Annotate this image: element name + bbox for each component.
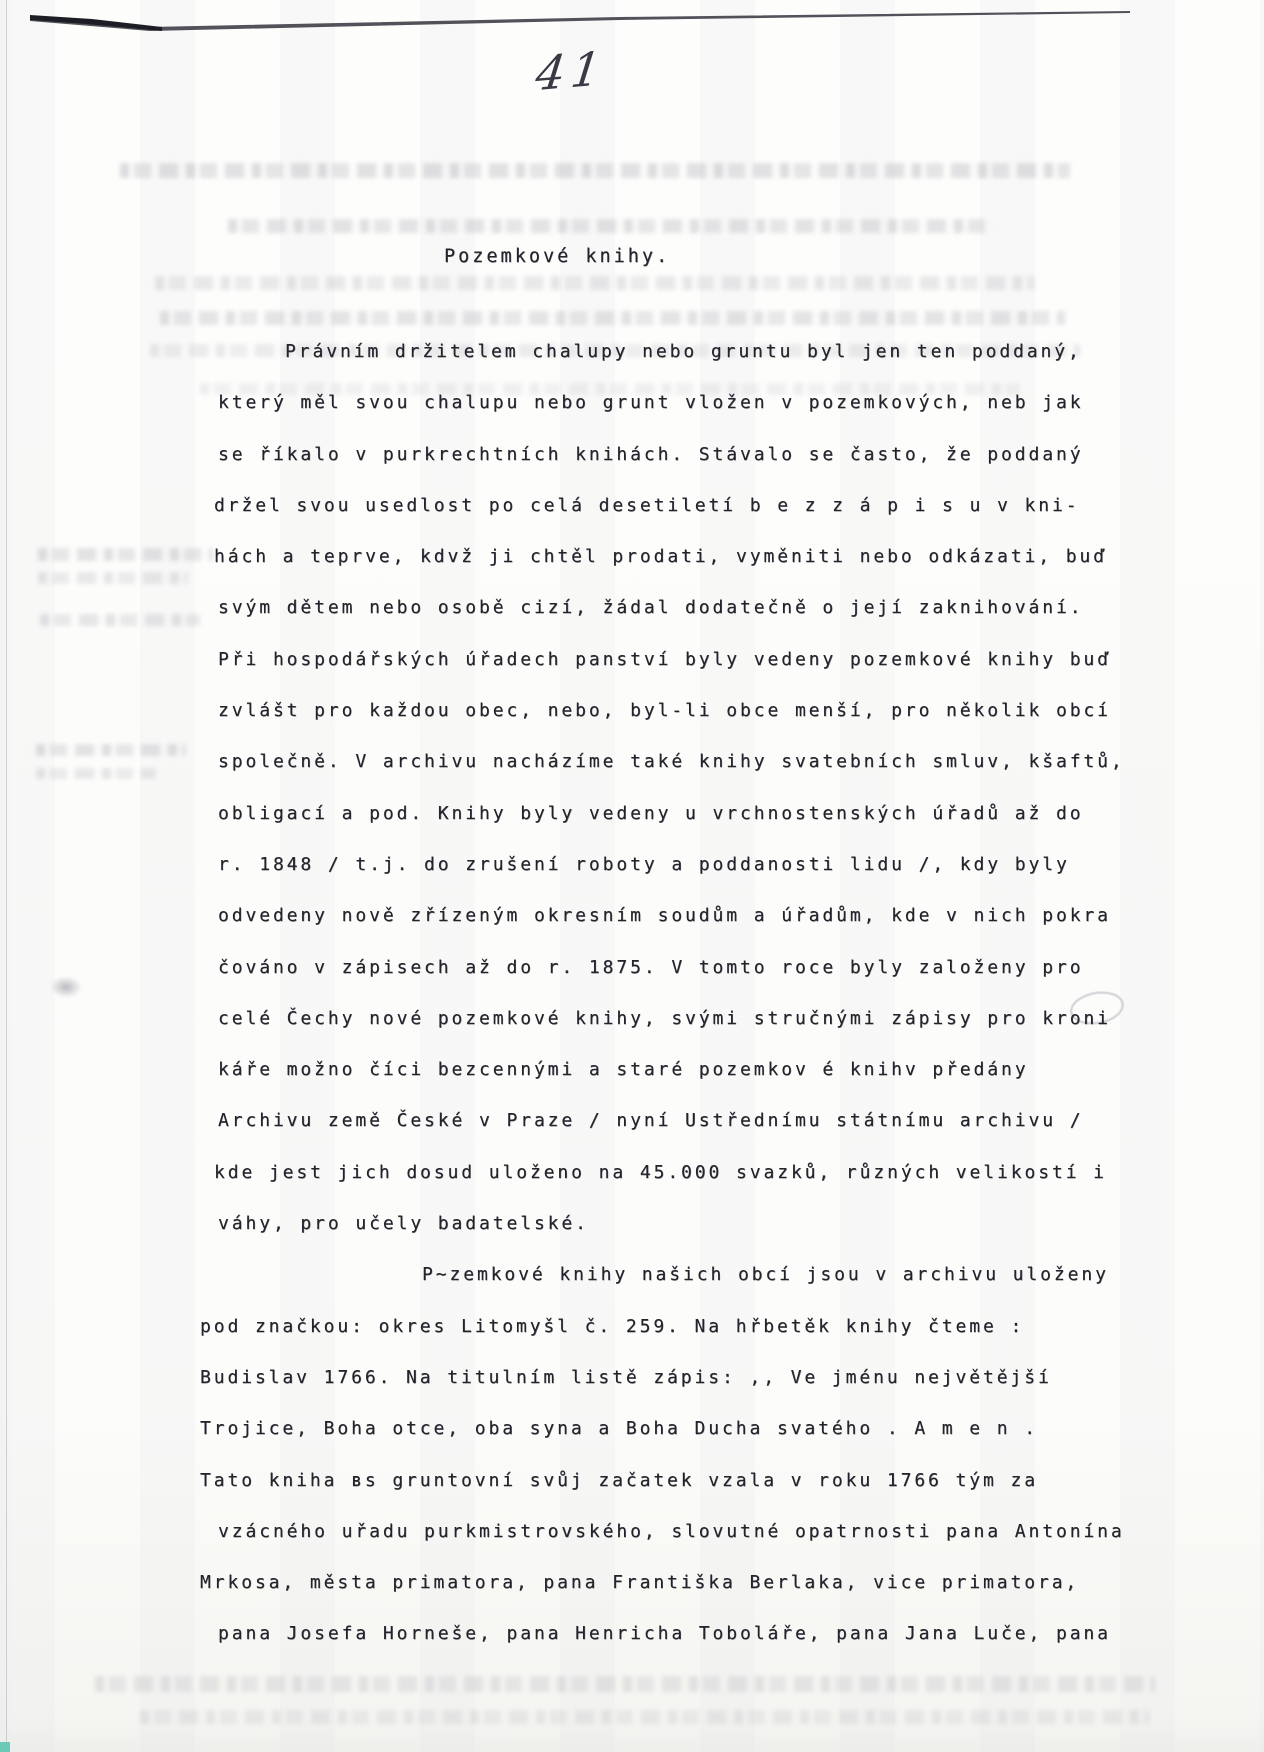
document-title: Pozemkové knihy. <box>444 246 670 267</box>
document-body: Právním držitelem chalupy nebo gruntu by… <box>200 326 1160 1660</box>
scan-edge-left-line <box>6 0 7 1752</box>
text-line: který měl svou chalupu nebo grunt vložen… <box>200 377 1160 428</box>
bleedthrough-line <box>228 219 993 233</box>
text-line: společně. V archivu nacházíme také knihy… <box>200 736 1160 787</box>
scan-artifact-top-edge <box>0 0 1264 44</box>
text-line: držel svou usedlost po celá desetiletí b… <box>200 480 1160 531</box>
text-line: vzácného uřadu purkmistrovského, slovutn… <box>200 1506 1160 1557</box>
text-line: se říkalo v purkrechtních knihách. Stáva… <box>200 429 1160 480</box>
text-line: hách a teprve, kdvž ji chtěl prodati, vy… <box>200 531 1160 582</box>
text-line: pana Josefa Horneše, pana Henricha Tobol… <box>200 1608 1160 1659</box>
bleedthrough-fragment <box>38 572 188 584</box>
text-line: kde jest jich dosud uloženo na 45.000 sv… <box>200 1147 1160 1198</box>
text-line: celé Čechy nové pozemkové knihy, svými s… <box>200 993 1160 1044</box>
text-line: P~zemkové knihy našich obcí jsou v archi… <box>200 1249 1160 1300</box>
bleedthrough-line <box>160 311 1065 325</box>
ink-smudge <box>50 976 82 998</box>
handwritten-page-number: 41 <box>533 41 610 102</box>
scanned-document-page: 41 Pozemkové knihy. Právním držitelem ch… <box>0 0 1264 1752</box>
text-line: Mrkosa, města primatora, pana Františka … <box>200 1557 1160 1608</box>
bleedthrough-fragment <box>40 614 200 626</box>
text-line: Archivu země České v Praze / nyní Ustřed… <box>200 1095 1160 1146</box>
bleedthrough-fragment <box>38 548 213 561</box>
text-line: r. 1848 / t.j. do zrušení roboty a podda… <box>200 839 1160 890</box>
text-line: čováno v zápisech až do r. 1875. V tomto… <box>200 942 1160 993</box>
text-line: pod značkou: okres Litomyšl č. 259. Na h… <box>200 1301 1160 1352</box>
text-line: káře možno číci bezcennými a staré pozem… <box>200 1044 1160 1095</box>
text-line: Trojice, Boha otce, oba syna a Boha Duch… <box>200 1403 1160 1454</box>
bleedthrough-line <box>155 276 1035 290</box>
text-line: Právním držitelem chalupy nebo gruntu by… <box>200 326 1160 377</box>
text-line: váhy, pro učely badatelské. <box>200 1198 1160 1249</box>
scan-corner-color-mark <box>0 1742 10 1752</box>
text-line: Tato kniha ʙs gruntovní svůj začatek vza… <box>200 1455 1160 1506</box>
bleedthrough-fragment <box>36 744 186 756</box>
text-line: zvlášt pro každou obec, nebo, byl-li obc… <box>200 685 1160 736</box>
text-line: odvedeny nově zřízeným okresním soudům a… <box>200 890 1160 941</box>
bleedthrough-line <box>120 163 1070 178</box>
bleedthrough-line <box>95 1676 1155 1692</box>
bleedthrough-line <box>140 1710 1150 1724</box>
text-line: Při hospodářských úřadech panství byly v… <box>200 634 1160 685</box>
text-line: obligací a pod. Knihy byly vedeny u vrch… <box>200 788 1160 839</box>
text-line: svým dětem nebo osobě cizí, žádal dodate… <box>200 582 1160 633</box>
text-line: Budislav 1766. Na titulním listě zápis: … <box>200 1352 1160 1403</box>
bleedthrough-fragment <box>36 768 156 779</box>
